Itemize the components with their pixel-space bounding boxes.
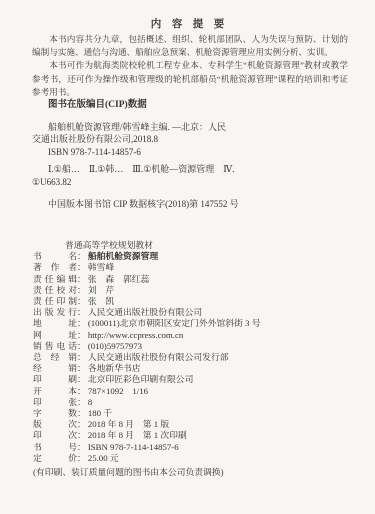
info-label: 网址: [33, 330, 77, 341]
info-row: 责任校对 ： 刘 芹: [33, 285, 357, 296]
info-separator: ：: [77, 318, 88, 329]
info-label: 书号: [33, 442, 77, 453]
info-separator: ：: [77, 408, 88, 419]
info-label: 书名: [33, 251, 77, 262]
info-value: 船舶机舱资源管理: [88, 251, 357, 262]
cip-record-number: 中国版本图书馆 CIP 数据核字(2018)第 147552 号: [32, 198, 348, 211]
info-separator: ：: [77, 341, 88, 352]
info-row: 印刷 ： 北京印匠彩色印刷有限公司: [33, 374, 357, 385]
info-value: 刘 芹: [88, 285, 357, 296]
info-value: 张 凯: [88, 296, 357, 307]
copyright-page: 内 容 提 要 本书内容共分九章，包括概述、组织、轮机部团队、人为失误与预防、计…: [0, 0, 375, 514]
info-value: ISBN 978-7-114-14857-6: [88, 442, 357, 453]
info-separator: ：: [77, 453, 88, 464]
info-row: 开本 ： 787×1092 1/16: [33, 386, 357, 397]
info-separator: ：: [77, 251, 88, 262]
cip-entry: 船舶机舱资源管理/韩雪峰主编. —北京：人民 交通出版社股份有限公司,2018.…: [32, 121, 348, 159]
info-separator: ：: [77, 262, 88, 273]
info-label: 总经销: [33, 352, 77, 363]
colophon-rows: 书名 ： 船舶机舱资源管理 著作者 ： 韩雪峰 责任编辑 ： 张 森 郭红蕊 责…: [33, 251, 357, 464]
info-value: 2018 年 8 月 第 1 版: [88, 419, 357, 430]
info-separator: ：: [77, 352, 88, 363]
info-separator: ：: [77, 430, 88, 441]
info-value: 8: [88, 397, 357, 408]
info-value: 2018 年 8 月 第 1 次印刷: [88, 430, 357, 441]
info-separator: ：: [77, 330, 88, 341]
info-label: 定价: [33, 453, 77, 464]
cip-class-line: Ⅰ.①船… Ⅱ.①韩… Ⅲ.①机舱—资源管理 Ⅳ.: [32, 163, 348, 176]
info-label: 责任印制: [33, 296, 77, 307]
summary-paragraph: 本书内容共分九章，包括概述、组织、轮机部团队、人为失误与预防、计划的编制与实施、…: [32, 33, 348, 59]
info-value: 人民交通出版社股份有限公司: [88, 307, 357, 318]
info-label: 字数: [33, 408, 77, 419]
summary-paragraph: 本书可作为航海类院校轮机工程专业本、专科学生“机舱资源管理”教材或教学参考书，还…: [32, 59, 348, 99]
info-value: 北京印匠彩色印刷有限公司: [88, 374, 357, 385]
info-separator: ：: [77, 397, 88, 408]
info-separator: ：: [77, 419, 88, 430]
info-row: 出版发行 ： 人民交通出版社股份有限公司: [33, 307, 357, 318]
info-row: 网址 ： http://www.ccpress.com.cn: [33, 330, 357, 341]
info-row: 字数 ： 180 千: [33, 408, 357, 419]
series-name: 普通高等学校规划教材: [33, 240, 357, 251]
info-row: 地址 ： (100011)北京市朝阳区安定门外外馆斜街 3 号: [33, 318, 357, 329]
cip-entry-line: 交通出版社股份有限公司,2018.8: [32, 133, 348, 146]
cip-isbn-line: ISBN 978-7-114-14857-6: [32, 146, 348, 159]
info-label: 印张: [33, 397, 77, 408]
info-label: 销售电话: [33, 341, 77, 352]
info-label: 经销: [33, 363, 77, 374]
info-value: 人民交通出版社股份有限公司发行部: [88, 352, 357, 363]
info-value: 180 千: [88, 408, 357, 419]
info-value: 25.00 元: [88, 453, 357, 464]
info-row: 定价 ： 25.00 元: [33, 453, 357, 464]
info-value: (010)59757973: [88, 341, 357, 352]
cip-block: 图书在版编目(CIP)数据 船舶机舱资源管理/韩雪峰主编. —北京：人民 交通出…: [32, 99, 348, 210]
cip-entry-line: 船舶机舱资源管理/韩雪峰主编. —北京：人民: [32, 121, 348, 134]
info-separator: ：: [77, 274, 88, 285]
info-label: 责任校对: [33, 285, 77, 296]
colophon: 普通高等学校规划教材 书名 ： 船舶机舱资源管理 著作者 ： 韩雪峰 责任编辑 …: [33, 240, 357, 478]
info-separator: ：: [77, 285, 88, 296]
info-row: 责任印制 ： 张 凯: [33, 296, 357, 307]
cip-class-line: ①U663.82: [32, 176, 348, 189]
info-row: 印次 ： 2018 年 8 月 第 1 次印刷: [33, 430, 357, 441]
info-label: 地址: [33, 318, 77, 329]
info-label: 版次: [33, 419, 77, 430]
cip-heading: 图书在版编目(CIP)数据: [32, 99, 348, 112]
content-summary-title: 内 容 提 要: [0, 16, 375, 31]
info-row: 印张 ： 8: [33, 397, 357, 408]
info-label: 出版发行: [33, 307, 77, 318]
info-separator: ：: [77, 307, 88, 318]
info-label: 开本: [33, 386, 77, 397]
info-row: 著作者 ： 韩雪峰: [33, 262, 357, 273]
info-separator: ：: [77, 386, 88, 397]
info-separator: ：: [77, 374, 88, 385]
info-separator: ：: [77, 442, 88, 453]
info-value: http://www.ccpress.com.cn: [88, 330, 357, 341]
info-row: 责任编辑 ： 张 森 郭红蕊: [33, 274, 357, 285]
info-label: 责任编辑: [33, 274, 77, 285]
info-row: 书号 ： ISBN 978-7-114-14857-6: [33, 442, 357, 453]
info-label: 印次: [33, 430, 77, 441]
info-separator: ：: [77, 296, 88, 307]
info-label: 印刷: [33, 374, 77, 385]
info-value: (100011)北京市朝阳区安定门外外馆斜街 3 号: [88, 318, 357, 329]
info-value: 各地新华书店: [88, 363, 357, 374]
info-row: 销售电话 ： (010)59757973: [33, 341, 357, 352]
info-row: 经销 ： 各地新华书店: [33, 363, 357, 374]
info-value: 张 森 郭红蕊: [88, 274, 357, 285]
quality-note: (有印刷、装订质量问题的图书由本公司负责调换): [33, 467, 357, 478]
info-row: 版次 ： 2018 年 8 月 第 1 版: [33, 419, 357, 430]
info-label: 著作者: [33, 262, 77, 273]
info-value: 韩雪峰: [88, 262, 357, 273]
info-row: 总经销 ： 人民交通出版社股份有限公司发行部: [33, 352, 357, 363]
content-summary: 本书内容共分九章，包括概述、组织、轮机部团队、人为失误与预防、计划的编制与实施、…: [32, 33, 348, 99]
info-row: 书名 ： 船舶机舱资源管理: [33, 251, 357, 262]
cip-classification: Ⅰ.①船… Ⅱ.①韩… Ⅲ.①机舱—资源管理 Ⅳ. ①U663.82: [32, 163, 348, 188]
info-separator: ：: [77, 363, 88, 374]
info-value: 787×1092 1/16: [88, 386, 357, 397]
